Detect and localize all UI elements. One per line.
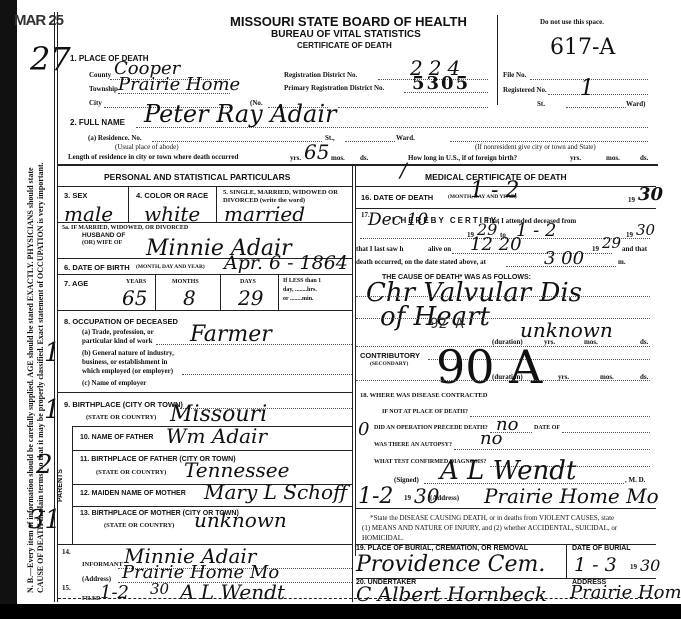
burial-date-value: 1 - 3	[574, 554, 617, 576]
age-months-value: 8	[183, 286, 196, 310]
undertaker-value: C Albert Hornbeck	[356, 582, 547, 606]
received-stamp: MAR 25	[14, 12, 63, 29]
office-note: Do not use this space.	[540, 18, 604, 26]
duration-value: unknown	[520, 318, 613, 342]
autopsy-value: no	[480, 428, 502, 449]
attended-from-value: Dec 10	[368, 210, 428, 230]
date-of-birth-value: Apr. 6 - 1864	[224, 252, 348, 274]
last-saw-year: 29	[602, 234, 621, 252]
parents-label: PARENTS	[57, 469, 64, 502]
margin-mark-27: 27	[30, 40, 71, 78]
attended-to-value: 1 - 2	[516, 220, 556, 241]
time-of-death-value: 3 00	[544, 248, 584, 269]
margin-mark-2: 2	[36, 450, 53, 480]
margin-mark-1b: 1	[44, 395, 61, 425]
office-number: 617-A	[550, 35, 615, 60]
primary-registration-value: 5305	[412, 73, 470, 94]
cause-code: 92 A	[430, 316, 464, 332]
filed-year-value: 30	[150, 580, 169, 598]
personal-section-title: PERSONAL AND STATISTICAL PARTICULARS	[104, 172, 290, 182]
registered-number-value: 1	[580, 76, 594, 101]
physician-signature: A L Wendt	[440, 456, 576, 486]
date-of-death-value: 1 - 2	[470, 178, 519, 203]
contributory-code: 90 A	[436, 340, 542, 394]
registrar-signature: A L Wendt	[180, 580, 285, 604]
margin-mark-1a: 1	[44, 338, 61, 368]
margin-instructions-line1: N. B.—Every item of information should b…	[7, 63, 17, 593]
physician-address-value: Prairie Home Mo	[484, 484, 659, 508]
age-years-value: 65	[122, 286, 147, 310]
father-birthplace-value: Tennessee	[184, 458, 289, 482]
age-days-value: 29	[238, 286, 263, 310]
father-name-value: Wm Adair	[166, 424, 267, 448]
township-value: Prairie Home	[118, 74, 240, 95]
full-name-value: Peter Ray Adair	[144, 100, 337, 128]
undertaker-address-value: Prairie Home Mo	[570, 582, 681, 603]
burial-place-value: Providence Cem.	[356, 552, 545, 577]
bureau-title: BUREAU OF VITAL STATISTICS	[271, 29, 421, 40]
mother-birthplace-value: unknown	[194, 508, 287, 532]
scan-border-bottom	[0, 604, 681, 619]
death-certificate: N. B.—Every item of information should b…	[0, 0, 681, 604]
residence-years-value: 65	[304, 140, 329, 164]
attended-to-year: 30	[636, 221, 655, 239]
occupation-value: Farmer	[190, 322, 272, 347]
form-title: MISSOURI STATE BOARD OF HEALTH	[230, 14, 467, 29]
certificate-title: CERTIFICATE OF DEATH	[297, 41, 392, 50]
date-of-death-year: 30	[638, 184, 663, 205]
signature-date-value: 1-2	[358, 484, 393, 509]
last-saw-date-value: 12 20	[470, 234, 522, 255]
burial-year-value: 30	[640, 556, 660, 575]
mother-name-value: Mary L Schoff	[204, 480, 347, 504]
filed-date-value: 1-2	[100, 582, 129, 603]
